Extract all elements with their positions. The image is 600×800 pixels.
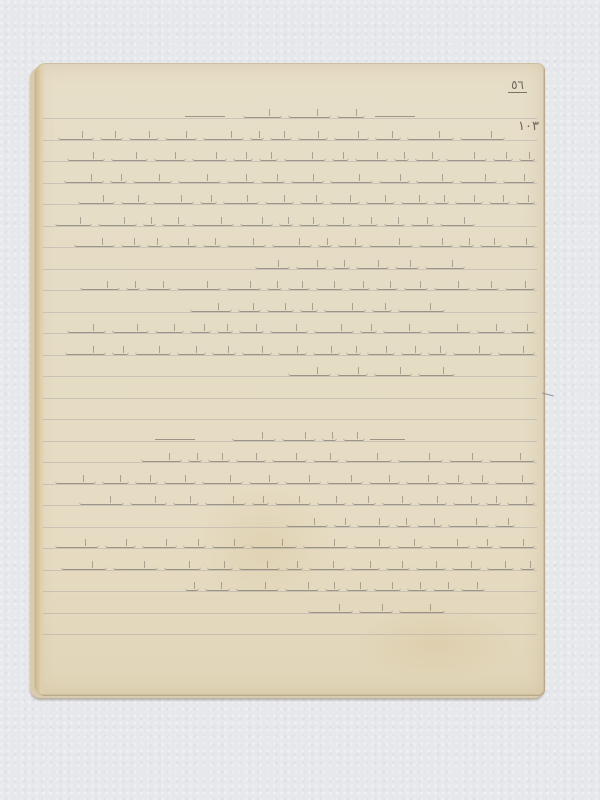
heading-dash xyxy=(375,116,415,117)
ruled-line xyxy=(43,570,537,571)
ruled-line xyxy=(43,161,537,162)
ruled-line xyxy=(43,333,537,334)
handwritten-line xyxy=(55,536,535,548)
handwritten-line xyxy=(265,364,455,376)
handwritten-line xyxy=(55,149,535,161)
handwritten-line xyxy=(55,192,535,204)
handwritten-line xyxy=(55,128,505,140)
section-heading xyxy=(225,429,365,441)
ruled-line xyxy=(43,398,537,399)
ruled-line xyxy=(43,462,537,463)
handwritten-line xyxy=(185,579,485,591)
handwritten-line xyxy=(55,214,475,226)
ruled-line xyxy=(43,312,537,313)
handwritten-line xyxy=(255,257,465,269)
heading-dash xyxy=(155,439,195,440)
handwritten-line xyxy=(55,235,535,247)
handwritten-line xyxy=(175,300,445,312)
handwritten-line xyxy=(265,515,515,527)
ruled-line xyxy=(43,527,537,528)
handwritten-line xyxy=(55,472,535,484)
margin-note: ١٠٣ xyxy=(518,119,539,134)
ruled-line xyxy=(43,613,537,614)
heading-dash xyxy=(370,439,405,440)
ruled-line xyxy=(43,376,537,377)
ruled-line xyxy=(43,290,537,291)
ruled-line xyxy=(43,355,537,356)
ruled-line xyxy=(43,140,537,141)
ruled-line xyxy=(43,269,537,270)
handwritten-line xyxy=(55,278,535,290)
page-spine xyxy=(35,64,45,694)
ruled-line xyxy=(43,505,537,506)
ruled-line xyxy=(43,183,537,184)
ruled-line xyxy=(43,634,537,635)
ruled-line xyxy=(43,226,537,227)
ruled-line xyxy=(43,247,537,248)
notebook-page: ٥٦ ١٠٣ xyxy=(34,63,544,695)
ruled-line xyxy=(43,118,537,119)
handwritten-line xyxy=(65,343,535,355)
ruled-line xyxy=(43,204,537,205)
handwritten-line xyxy=(55,493,535,505)
ruled-line xyxy=(43,419,537,420)
page-number: ٥٦ xyxy=(508,78,527,93)
ruled-line xyxy=(43,484,537,485)
handwritten-line xyxy=(115,450,535,462)
ruled-line xyxy=(43,441,537,442)
handwritten-line xyxy=(55,321,535,333)
handwritten-line xyxy=(55,558,535,570)
handwritten-line xyxy=(55,171,535,183)
heading-dash xyxy=(185,116,225,117)
ruled-line xyxy=(43,548,537,549)
paper-stain xyxy=(355,604,515,684)
handwritten-line xyxy=(285,601,445,613)
ruled-line xyxy=(43,591,537,592)
section-heading xyxy=(235,106,365,118)
